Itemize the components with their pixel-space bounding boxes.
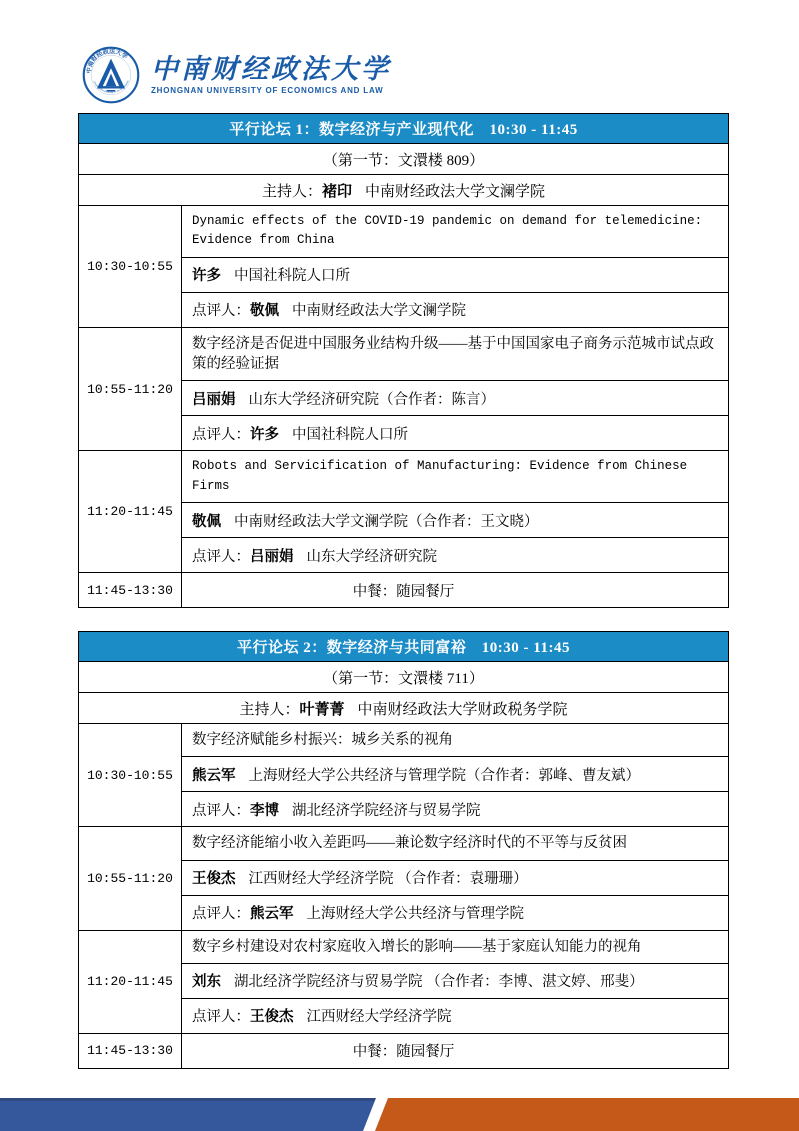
discussant-name: 王俊杰 [250, 1009, 294, 1025]
university-name-block: 中南财经政法大学 ZHONGNAN UNIVERSITY OF ECONOMIC… [151, 55, 391, 96]
presenter-row: 敬佩中南财经政法大学文澜学院（合作者：王文晓） [182, 503, 729, 538]
discussant-row: 点评人：王俊杰江西财经大学经济学院 [182, 998, 729, 1033]
discussant-label: 点评人： [192, 427, 250, 443]
forum-1-table: 平行论坛 1：数字经济与产业现代化 10:30 - 11:45 （第一节：文澴楼… [78, 113, 729, 608]
presenter-name: 王俊杰 [192, 871, 236, 887]
lunch-time: 11:45-13:30 [79, 1033, 182, 1068]
session-time: 10:30-10:55 [79, 206, 182, 328]
presenter-name: 吕丽娟 [192, 392, 236, 408]
discussant-name: 许多 [250, 427, 279, 443]
presenter-name: 刘东 [192, 974, 221, 990]
presenter-affiliation: 山东大学经济研究院（合作者：陈言） [249, 392, 496, 408]
university-logo: 中南财经政法大学 ZHONGNAN UNIVERSITY OF ECONOMIC… [82, 45, 799, 105]
footer-ribbon [0, 1098, 799, 1131]
discussant-name: 熊云军 [250, 906, 294, 922]
presenter-name: 熊云军 [192, 768, 236, 784]
session-time: 11:20-11:45 [79, 451, 182, 573]
forum-1-chair-row: 主持人：褚印中南财经政法大学文澜学院 [79, 175, 729, 206]
presenter-row: 王俊杰江西财经大学经济学院 （合作者：袁珊珊） [182, 860, 729, 895]
discussant-name: 李博 [250, 803, 279, 819]
discussant-name: 敬佩 [250, 303, 279, 319]
discussant-affiliation: 中国社科院人口所 [292, 427, 408, 443]
discussant-row: 点评人：李博湖北经济学院经济与贸易学院 [182, 792, 729, 827]
presenter-row: 许多中国社科院人口所 [182, 257, 729, 292]
discussant-row: 点评人：吕丽娟山东大学经济研究院 [182, 538, 729, 573]
chair-affiliation: 中南财经政法大学文澜学院 [365, 184, 545, 200]
presenter-affiliation: 中南财经政法大学文澜学院（合作者：王文晓） [234, 514, 539, 530]
discussant-affiliation: 中南财经政法大学文澜学院 [292, 303, 466, 319]
paper-title: 数字经济能缩小收入差距吗——兼论数字经济时代的不平等与反贫困 [182, 827, 729, 860]
paper-title: Robots and Servicification of Manufactur… [182, 451, 729, 503]
lunch-time: 11:45-13:30 [79, 573, 182, 608]
discussant-affiliation: 上海财经大学公共经济与管理学院 [307, 906, 525, 922]
university-name-en: ZHONGNAN UNIVERSITY OF ECONOMICS AND LAW [151, 86, 391, 95]
conference-program-page: 中南财经政法大学 ZHONGNAN UNIVERSITY OF ECONOMIC… [0, 0, 799, 1131]
presenter-row: 熊云军上海财经大学公共经济与管理学院（合作者：郭峰、曹友斌） [182, 757, 729, 792]
presenter-affiliation: 中国社科院人口所 [234, 268, 350, 284]
forum-1-venue: （第一节：文澴楼 809） [79, 144, 729, 175]
paper-title: 数字乡村建设对农村家庭收入增长的影响——基于家庭认知能力的视角 [182, 930, 729, 963]
discussant-label: 点评人： [192, 803, 250, 819]
discussant-affiliation: 山东大学经济研究院 [307, 549, 438, 565]
discussant-name: 吕丽娟 [250, 549, 294, 565]
forum-2-venue: （第一节：文澴楼 711） [79, 662, 729, 693]
discussant-label: 点评人： [192, 906, 250, 922]
chair-name: 叶菁菁 [299, 702, 344, 718]
university-seal-icon: 中南财经政法大学 ZHONGNAN UNIVERSITY OF ECONOMIC… [82, 46, 140, 104]
discussant-affiliation: 湖北经济学院经济与贸易学院 [292, 803, 481, 819]
session-time: 11:20-11:45 [79, 930, 182, 1033]
forum-2-chair-row: 主持人：叶菁菁中南财经政法大学财政税务学院 [79, 693, 729, 724]
presenter-name: 敬佩 [192, 514, 221, 530]
presenter-affiliation: 上海财经大学公共经济与管理学院（合作者：郭峰、曹友斌） [249, 768, 641, 784]
session-time: 10:55-11:20 [79, 327, 182, 451]
presenter-name: 许多 [192, 268, 221, 284]
discussant-row: 点评人：熊云军上海财经大学公共经济与管理学院 [182, 895, 729, 930]
discussant-label: 点评人： [192, 303, 250, 319]
forum-2-header: 平行论坛 2：数字经济与共同富裕 10:30 - 11:45 [79, 632, 729, 662]
paper-title: 数字经济是否促进中国服务业结构升级——基于中国国家电子商务示范城市试点政策的经验… [182, 327, 729, 381]
discussant-row: 点评人：敬佩中南财经政法大学文澜学院 [182, 292, 729, 327]
lunch-text: 中餐：随园餐厅 [182, 1033, 729, 1068]
forum-1-header: 平行论坛 1：数字经济与产业现代化 10:30 - 11:45 [79, 114, 729, 144]
chair-label: 主持人： [239, 702, 299, 718]
chair-label: 主持人： [262, 184, 322, 200]
presenter-affiliation: 江西财经大学经济学院 （合作者：袁珊珊） [249, 871, 528, 887]
paper-title: 数字经济赋能乡村振兴：城乡关系的视角 [182, 724, 729, 757]
presenter-row: 吕丽娟山东大学经济研究院（合作者：陈言） [182, 381, 729, 416]
university-name-cn: 中南财经政法大学 [151, 55, 391, 85]
presenter-row: 刘东湖北经济学院经济与贸易学院 （合作者：李博、湛文婷、邢斐） [182, 963, 729, 998]
discussant-affiliation: 江西财经大学经济学院 [307, 1009, 452, 1025]
session-time: 10:55-11:20 [79, 827, 182, 930]
presenter-affiliation: 湖北经济学院经济与贸易学院 （合作者：李博、湛文婷、邢斐） [234, 974, 644, 990]
discussant-row: 点评人：许多中国社科院人口所 [182, 416, 729, 451]
chair-name: 褚印 [322, 184, 352, 200]
session-time: 10:30-10:55 [79, 724, 182, 827]
paper-title: Dynamic effects of the COVID-19 pandemic… [182, 206, 729, 258]
forum-2-table: 平行论坛 2：数字经济与共同富裕 10:30 - 11:45 （第一节：文澴楼 … [78, 631, 729, 1069]
lunch-text: 中餐：随园餐厅 [182, 573, 729, 608]
chair-affiliation: 中南财经政法大学财政税务学院 [358, 702, 568, 718]
discussant-label: 点评人： [192, 1009, 250, 1025]
discussant-label: 点评人： [192, 549, 250, 565]
